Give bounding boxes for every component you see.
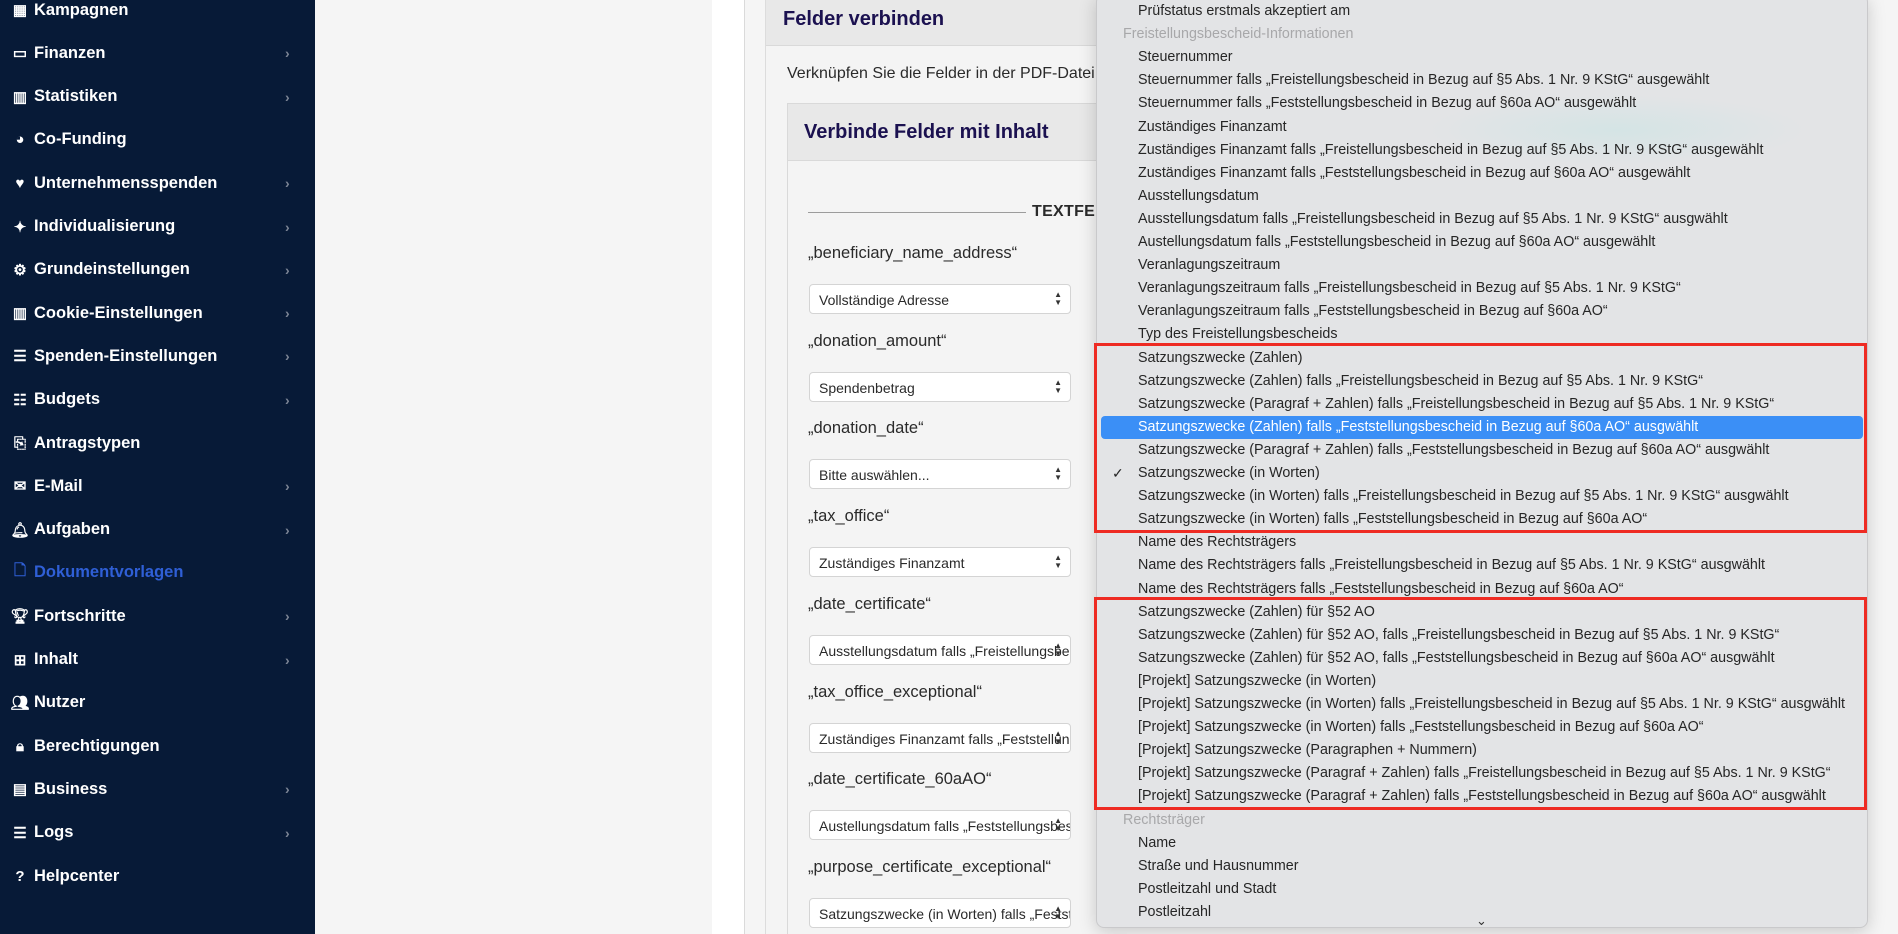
sidebar-item-label: Budgets — [34, 390, 100, 409]
dropdown-option[interactable]: [Projekt] Satzungszwecke (Paragraf + Zah… — [1101, 762, 1863, 785]
option-label: Satzungszwecke (in Worten) falls „Freist… — [1138, 488, 1789, 504]
chevron-right-icon: › — [285, 522, 290, 538]
sidebar-item-dokumentvorlagen[interactable]: 🗋︎Dokumentvorlagen — [0, 555, 315, 591]
sidebar-item-cookie-einstellungen[interactable]: ▥Cookie-Einstellungen› — [0, 295, 315, 331]
option-label: [Projekt] Satzungszwecke (Paragraf + Zah… — [1138, 765, 1831, 781]
option-label: Satzungszwecke (Zahlen) falls „Freistell… — [1138, 373, 1703, 389]
sidebar-item-co-funding[interactable]: ◕Co-Funding — [0, 122, 315, 158]
option-label: Straße und Hausnummer — [1138, 858, 1299, 874]
selected-value: Zuständiges Finanzamt — [819, 555, 965, 571]
field-label: „beneficiary_name_address“ — [808, 244, 1017, 263]
sidebar-item-label: Antragstypen — [34, 434, 140, 453]
sidebar-item-label: Statistiken — [34, 87, 117, 106]
selected-value: Vollständige Adresse — [819, 292, 949, 308]
dropdown-option[interactable]: Straße und Hausnummer — [1101, 855, 1863, 878]
money-bill-icon: ▭ — [7, 44, 33, 62]
dropdown-option[interactable]: Ausstellungsdatum falls „Freistellungsbe… — [1101, 208, 1863, 231]
dropdown-option[interactable]: Satzungszwecke (Zahlen) für §52 AO, fall… — [1101, 624, 1863, 647]
option-label: Freistellungsbescheid-Informationen — [1123, 26, 1353, 42]
hand-holding-heart-icon: ♥ — [7, 175, 33, 192]
option-label: Steuernummer falls „Freistellungsbeschei… — [1138, 72, 1709, 88]
option-label: Veranlagungszeitraum — [1138, 257, 1280, 273]
option-label: [Projekt] Satzungszwecke (Paragraphen + … — [1138, 742, 1477, 758]
sidebar-item-label: Spenden-Einstellungen — [34, 347, 217, 366]
sidebar-item-unternehmensspenden[interactable]: ♥Unternehmensspenden› — [0, 165, 315, 201]
option-label: Satzungszwecke (Paragraf + Zahlen) falls… — [1138, 442, 1769, 458]
field-select[interactable]: Ausstellungsdatum falls „Freistellungsbe… — [809, 635, 1071, 665]
sidebar-item-label: Inhalt — [34, 650, 78, 669]
select-arrows-icon: ▲▼ — [1054, 642, 1062, 658]
sidebar-item-label: Nutzer — [34, 693, 85, 712]
dropdown-option[interactable]: ✓Satzungszwecke (in Worten) — [1101, 462, 1863, 485]
sidebar-item-label: Individualisierung — [34, 217, 175, 236]
gears-icon: ⚙ — [7, 261, 33, 279]
card-title: Felder verbinden — [783, 8, 944, 31]
option-label: Name des Rechtsträgers — [1138, 534, 1296, 550]
selected-value: Ausstellungsdatum falls „Freistellungsbe… — [819, 643, 1071, 659]
sidebar-item-label: Unternehmensspenden — [34, 174, 217, 193]
option-group-label: Rechtsträger — [1101, 809, 1863, 832]
question-circle-icon: ? — [7, 868, 33, 885]
dropdown-option[interactable]: Name des Rechtsträgers — [1101, 531, 1863, 554]
chevron-right-icon: › — [285, 781, 290, 797]
option-label: Zuständiges Finanzamt falls „Freistellun… — [1138, 142, 1763, 158]
dropdown-option[interactable]: [Projekt] Satzungszwecke (in Worten) — [1101, 670, 1863, 693]
chevron-right-icon: › — [285, 305, 290, 321]
dropdown-option[interactable]: Typ des Freistellungsbescheids — [1101, 323, 1863, 346]
sidebar-item-label: E-Mail — [34, 477, 83, 496]
sidebar: ▦Kampagnen▭Finanzen›▥Statistiken›◕Co-Fun… — [0, 0, 315, 934]
dropdown-option[interactable]: Satzungszwecke (Zahlen) für §52 AO, fall… — [1101, 647, 1863, 670]
list-icon: ☰ — [7, 824, 33, 842]
field-label: „tax_office“ — [808, 507, 889, 526]
dropdown-option[interactable]: Name — [1101, 832, 1863, 855]
sidebar-item-label: Dokumentvorlagen — [34, 563, 183, 582]
card-header: Felder verbinden — [766, 0, 1125, 46]
dropdown-option[interactable]: Austellungsdatum falls „Feststellungsbes… — [1101, 231, 1863, 254]
option-label: Veranlagungszeitraum falls „Feststellung… — [1138, 303, 1608, 319]
bar-chart-icon: ▥ — [7, 88, 33, 106]
sidebar-item-berechtigungen[interactable]: 🔒︎Berechtigungen — [0, 728, 315, 764]
sidebar-item-business[interactable]: ▤Business› — [0, 771, 315, 807]
content-gutter — [746, 0, 766, 934]
option-label: Rechtsträger — [1123, 812, 1205, 828]
option-label: Steuernummer falls „Feststellungsbeschei… — [1138, 95, 1636, 111]
sidebar-item-label: Fortschritte — [34, 607, 126, 626]
chevron-right-icon: › — [285, 262, 290, 278]
dropdown-option[interactable]: Satzungszwecke (in Worten) falls „Freist… — [1101, 485, 1863, 508]
dropdown-option[interactable]: Satzungszwecke (in Worten) falls „Festst… — [1101, 508, 1863, 531]
sidebar-item-e-mail[interactable]: ✉E-Mail› — [0, 468, 315, 504]
dropdown-option[interactable]: Steuernummer — [1101, 46, 1863, 69]
field-label: „purpose_certificate_exceptional“ — [808, 858, 1051, 877]
dropdown-option[interactable]: Name des Rechtsträgers falls „Feststellu… — [1101, 578, 1863, 601]
option-label: Satzungszwecke (Zahlen) falls „Feststell… — [1138, 419, 1698, 435]
bar-chart-icon: ▥ — [7, 304, 33, 322]
card-description: Verknüpfen Sie die Felder in der PDF-Dat… — [787, 65, 1095, 83]
chevron-right-icon: › — [285, 478, 290, 494]
option-label: Satzungszwecke (Zahlen) für §52 AO, fall… — [1138, 650, 1775, 666]
file-icon: 🗋︎ — [7, 560, 33, 585]
sidebar-item-fortschritte[interactable]: 🏆︎Fortschritte› — [0, 598, 315, 634]
option-label: Satzungszwecke (Zahlen) für §52 AO — [1138, 604, 1375, 620]
dropdown-option[interactable]: Ausstellungsdatum — [1101, 185, 1863, 208]
option-label: Satzungszwecke (in Worten) — [1138, 465, 1320, 481]
content-background — [315, 0, 712, 934]
chevron-right-icon: › — [285, 825, 290, 841]
dropdown-option[interactable]: Satzungszwecke (Paragraf + Zahlen) falls… — [1101, 439, 1863, 462]
option-label: Satzungszwecke (in Worten) falls „Festst… — [1138, 511, 1647, 527]
select-arrows-icon: ▲▼ — [1054, 554, 1062, 570]
dropdown-option[interactable]: Prüfstatus erstmals akzeptiert am — [1101, 0, 1863, 23]
sidebar-item-label: Finanzen — [34, 44, 106, 63]
content-column — [712, 0, 745, 934]
field-select[interactable]: Zuständiges Finanzamt falls „Feststellun… — [809, 723, 1071, 753]
chevron-right-icon: › — [285, 392, 290, 408]
field-select[interactable]: Bitte auswählen...▲▼ — [809, 459, 1071, 489]
sidebar-item-label: Cookie-Einstellungen — [34, 304, 203, 323]
sidebar-item-label: Logs — [34, 823, 73, 842]
field-select[interactable]: Spendenbetrag▲▼ — [809, 372, 1071, 402]
dropdown-option[interactable]: Veranlagungszeitraum — [1101, 254, 1863, 277]
field-mapping-card: Verbinde Felder mit Inhalt TEXTFELDER „b… — [787, 103, 1127, 934]
dropdown-option[interactable]: Satzungszwecke (Zahlen) — [1101, 347, 1863, 370]
option-label: Name des Rechtsträgers falls „Freistellu… — [1138, 557, 1765, 573]
option-label: Ausstellungsdatum — [1138, 188, 1259, 204]
field-select[interactable]: Vollständige Adresse▲▼ — [809, 284, 1071, 314]
chevron-right-icon: › — [285, 219, 290, 235]
selected-value: Spendenbetrag — [819, 380, 915, 396]
option-label: Name des Rechtsträgers falls „Feststellu… — [1138, 581, 1624, 597]
inner-card-header: Verbinde Felder mit Inhalt — [788, 104, 1127, 161]
dropdown-option[interactable]: Veranlagungszeitraum falls „Feststellung… — [1101, 300, 1863, 323]
dropdown-option[interactable]: Zuständiges Finanzamt — [1101, 116, 1863, 139]
select-arrows-icon: ▲▼ — [1054, 291, 1062, 307]
sidebar-item-antragstypen[interactable]: ⎘Antragstypen — [0, 425, 315, 461]
server-icon: ☰ — [7, 347, 33, 365]
dropdown-option[interactable]: Postleitzahl und Stadt — [1101, 878, 1863, 901]
dropdown-option[interactable]: Steuernummer falls „Freistellungsbeschei… — [1101, 69, 1863, 92]
connect-fields-card: Felder verbinden Verknüpfen Sie die Feld… — [765, 0, 1125, 934]
chevron-right-icon: › — [285, 89, 290, 105]
option-label: Postleitzahl — [1138, 904, 1211, 920]
option-label: Ausstellungsdatum falls „Freistellungsbe… — [1138, 211, 1728, 227]
option-label: Zuständiges Finanzamt falls „Feststellun… — [1138, 165, 1690, 181]
bell-icon: 🔔︎ — [7, 521, 33, 539]
sidebar-item-budgets[interactable]: ☷Budgets› — [0, 382, 315, 418]
qr-code-icon: ▦ — [7, 1, 33, 19]
lock-icon: 🔒︎ — [7, 738, 33, 755]
dropdown-option[interactable]: Veranlagungszeitraum falls „Freistellung… — [1101, 277, 1863, 300]
option-label: Zuständiges Finanzamt — [1138, 119, 1287, 135]
selected-value: Bitte auswählen... — [819, 467, 930, 483]
field-label: „tax_office_exceptional“ — [808, 683, 982, 702]
document-icon: ▤ — [7, 780, 33, 798]
dropdown-option[interactable]: Satzungszwecke (Zahlen) falls „Freistell… — [1101, 370, 1863, 393]
envelope-icon: ✉ — [7, 477, 33, 495]
selected-value: Satzungszwecke (in Worten) falls „Festst… — [819, 906, 1071, 922]
chevron-right-icon: › — [285, 652, 290, 668]
select-arrows-icon: ▲▼ — [1054, 905, 1062, 921]
select-arrows-icon: ▲▼ — [1054, 730, 1062, 746]
sidebar-item-individualisierung[interactable]: ✦Individualisierung› — [0, 209, 315, 245]
option-label: [Projekt] Satzungszwecke (in Worten) fal… — [1138, 719, 1704, 735]
option-label: Veranlagungszeitraum falls „Freistellung… — [1138, 280, 1681, 296]
sidebar-item-inhalt[interactable]: ⊞Inhalt› — [0, 642, 315, 678]
magic-wand-icon: ✦ — [7, 218, 33, 236]
chevron-right-icon: › — [285, 608, 290, 624]
sidebar-item-aufgaben[interactable]: 🔔︎Aufgaben› — [0, 512, 315, 548]
sidebar-item-grundeinstellungen[interactable]: ⚙Grundeinstellungen› — [0, 252, 315, 288]
option-label: Typ des Freistellungsbescheids — [1138, 326, 1337, 342]
field-label: „donation_date“ — [808, 419, 924, 438]
dropdown-option[interactable]: Steuernummer falls „Feststellungsbeschei… — [1101, 92, 1863, 115]
sidebar-item-statistiken[interactable]: ▥Statistiken› — [0, 79, 315, 115]
field-label: „date_certificate_60aAO“ — [808, 770, 991, 789]
selected-value: Zuständiges Finanzamt falls „Feststellun… — [819, 731, 1071, 747]
dropdown-option[interactable]: Zuständiges Finanzamt falls „Freistellun… — [1101, 139, 1863, 162]
option-label: Satzungszwecke (Paragraf + Zahlen) falls… — [1138, 396, 1774, 412]
field-options-dropdown[interactable]: Prüfstatus erstmals akzeptiert amFreiste… — [1096, 0, 1868, 928]
field-select[interactable]: Austellungsdatum falls „Feststellungsbes… — [809, 810, 1071, 840]
sidebar-item-label: Berechtigungen — [34, 737, 160, 756]
selected-value: Austellungsdatum falls „Feststellungsbes… — [819, 818, 1071, 834]
chevron-right-icon: › — [285, 348, 290, 364]
sidebar-item-label: Business — [34, 780, 107, 799]
chevron-right-icon: › — [285, 175, 290, 191]
option-group-label: Freistellungsbescheid-Informationen — [1101, 23, 1863, 46]
trophy-icon: 🏆︎ — [7, 607, 33, 625]
option-label: Satzungszwecke (Zahlen) — [1138, 350, 1303, 366]
option-label: [Projekt] Satzungszwecke (Paragraf + Zah… — [1138, 788, 1826, 804]
pie-chart-icon: ◕ — [7, 131, 33, 148]
sidebar-item-label: Kampagnen — [34, 1, 128, 20]
dropdown-option[interactable]: Satzungszwecke (Zahlen) falls „Feststell… — [1101, 416, 1863, 439]
dropdown-option[interactable]: Name des Rechtsträgers falls „Freistellu… — [1101, 554, 1863, 577]
sidebar-item-nutzer[interactable]: 👥︎Nutzer — [0, 685, 315, 721]
dropdown-option[interactable]: [Projekt] Satzungszwecke (in Worten) fal… — [1101, 693, 1863, 716]
sidebar-item-helpcenter[interactable]: ?Helpcenter — [0, 858, 315, 894]
option-label: [Projekt] Satzungszwecke (in Worten) fal… — [1138, 696, 1845, 712]
sidebar-item-spenden-einstellungen[interactable]: ☰Spenden-Einstellungen› — [0, 338, 315, 374]
checkmark-icon: ✓ — [1112, 462, 1124, 485]
option-label: Postleitzahl und Stadt — [1138, 881, 1276, 897]
field-label: „donation_amount“ — [808, 332, 947, 351]
field-select[interactable]: Satzungszwecke (in Worten) falls „Festst… — [809, 898, 1071, 928]
dropdown-option[interactable]: Zuständiges Finanzamt falls „Feststellun… — [1101, 162, 1863, 185]
select-arrows-icon: ▲▼ — [1054, 817, 1062, 833]
dropdown-option[interactable]: [Projekt] Satzungszwecke (in Worten) fal… — [1101, 716, 1863, 739]
option-label: Steuernummer — [1138, 49, 1233, 65]
sidebar-item-logs[interactable]: ☰Logs› — [0, 815, 315, 851]
section-divider: TEXTFELDER — [808, 202, 1138, 222]
select-arrows-icon: ▲▼ — [1054, 466, 1062, 482]
dropdown-option[interactable]: [Projekt] Satzungszwecke (Paragraf + Zah… — [1101, 785, 1863, 808]
chevron-right-icon: › — [285, 45, 290, 61]
users-icon: 👥︎ — [7, 694, 33, 712]
sidebar-item-label: Helpcenter — [34, 867, 119, 886]
option-label: [Projekt] Satzungszwecke (in Worten) — [1138, 673, 1376, 689]
sidebar-item-finanzen[interactable]: ▭Finanzen› — [0, 35, 315, 71]
select-arrows-icon: ▲▼ — [1054, 379, 1062, 395]
scroll-down-chevron-icon[interactable]: ⌄ — [1476, 913, 1487, 928]
field-label: „date_certificate“ — [808, 595, 931, 614]
file-search-icon: ⎘ — [7, 435, 33, 452]
sitemap-icon: ⊞ — [7, 651, 33, 669]
option-label: Austellungsdatum falls „Feststellungsbes… — [1138, 234, 1655, 250]
inner-card-title: Verbinde Felder mit Inhalt — [804, 121, 1049, 144]
dropdown-option[interactable]: Satzungszwecke (Paragraf + Zahlen) falls… — [1101, 393, 1863, 416]
sidebar-item-label: Grundeinstellungen — [34, 260, 190, 279]
checklist-icon: ☷ — [7, 391, 33, 409]
option-label: Name — [1138, 835, 1176, 851]
divider-line — [808, 212, 1026, 213]
sidebar-item-kampagnen[interactable]: ▦Kampagnen — [0, 0, 315, 28]
dropdown-option[interactable]: [Projekt] Satzungszwecke (Paragraphen + … — [1101, 739, 1863, 762]
sidebar-item-label: Co-Funding — [34, 130, 127, 149]
sidebar-item-label: Aufgaben — [34, 520, 110, 539]
option-label: Prüfstatus erstmals akzeptiert am — [1138, 3, 1350, 19]
dropdown-option[interactable]: Satzungszwecke (Zahlen) für §52 AO — [1101, 601, 1863, 624]
option-label: Satzungszwecke (Zahlen) für §52 AO, fall… — [1138, 627, 1779, 643]
field-select[interactable]: Zuständiges Finanzamt▲▼ — [809, 547, 1071, 577]
